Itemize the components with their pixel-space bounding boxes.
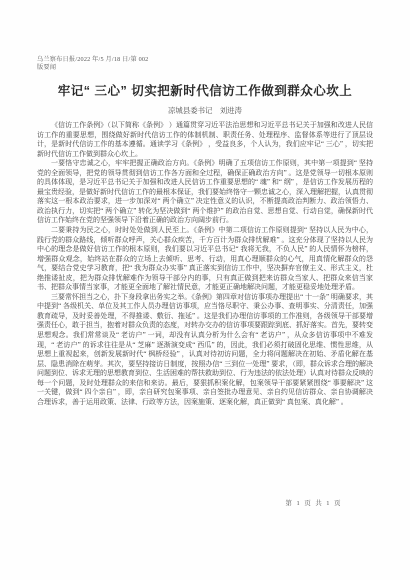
document-page: 乌兰察布日报/2022 年/5 月/18 日/第 002 版要闻 牢记“ 三心”… xyxy=(0,0,410,580)
page-number-indicator: 第 1 页 共 1 页 xyxy=(286,498,342,507)
article-paragraph-3: 二要秉持为民之心，时时处处做到人民至上。《条例》中第二项信访工作原则提到“ 坚持… xyxy=(37,226,373,293)
publication-meta-line-2: 版要闻 xyxy=(37,64,148,72)
article-title: 牢记“ 三心” 切实把新时代信访工作做到群众心坎上 xyxy=(0,81,410,99)
article-body: 《信访工作条例》（以下简称《条例》 ）通篇贯穿习近平法治思想和习近平总书记关于加… xyxy=(37,121,373,407)
article-paragraph-1: 《信访工作条例》（以下简称《条例》 ）通篇贯穿习近平法治思想和习近平总书记关于加… xyxy=(37,121,373,159)
publication-meta-line-1: 乌兰察布日报/2022 年/5 月/18 日/第 002 xyxy=(37,56,148,64)
publication-meta: 乌兰察布日报/2022 年/5 月/18 日/第 002 版要闻 xyxy=(37,56,148,72)
article-byline: 凉城县委书记 刘进涛 xyxy=(0,105,410,116)
article-paragraph-4: 三要常怀担当之心，扑下身段拿出务实之举。《条例》第四章对信访事项办理提出“ 十一… xyxy=(37,293,373,408)
article-paragraph-2: 一要恪守忠诚之心，牢牢把握正确政治方向。《条例》明确了五项信访工作原则，其中第一… xyxy=(37,159,373,226)
